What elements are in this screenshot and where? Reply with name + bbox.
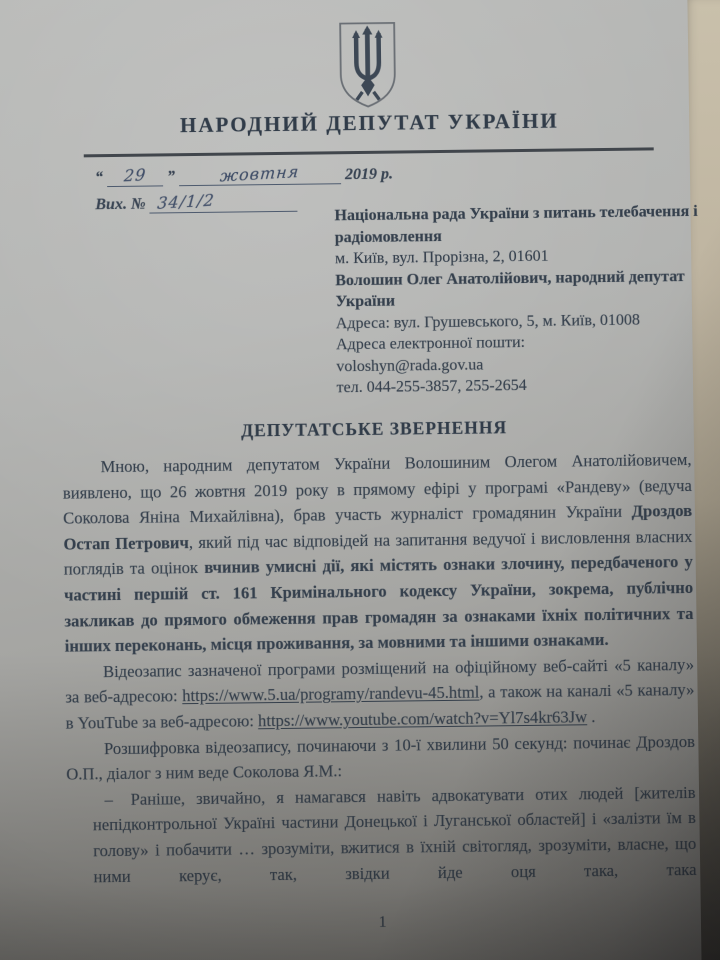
paragraph-statement: Мною, народним депутатом України Волошин… — [62, 447, 693, 659]
reference-block: “ 29 ” жовтня 2019 р. Вих. № 34/1/2 — [95, 163, 376, 220]
paragraph-transcript-intro: Розшифровка відеозапису, починаючи з 10-… — [66, 728, 696, 787]
link-5ua-video[interactable]: https://www.5.ua/programy/randevu-45.htm… — [182, 683, 479, 706]
quote-dash: – — [66, 787, 113, 813]
coat-of-arms-icon — [326, 19, 409, 115]
handwritten-month: жовтня — [220, 162, 301, 186]
transcript-quote-item: –Раніше, звичайно, я намагався навіть ад… — [66, 780, 696, 890]
paragraph-video-sources: Відеозапис зазначеної програми розміщени… — [65, 652, 695, 736]
close-quote-mark: ” — [167, 168, 175, 185]
paragraph-run: . — [587, 707, 596, 726]
document-photo: НАРОДНИЙ ДЕПУТАТ УКРАЇНИ “ 29 ” жовтня 2… — [0, 0, 720, 960]
subject-heading: ДЕПУТАТСЬКЕ ЗВЕРНЕННЯ — [60, 415, 688, 444]
outgoing-number-label: Вих. № — [95, 196, 145, 214]
phone-numbers: тел. 044-255-3857, 255-2654 — [336, 373, 702, 399]
date-line: “ 29 ” жовтня 2019 р. — [95, 163, 375, 193]
paragraph-run: Мною, народним депутатом України Волошин… — [63, 450, 692, 528]
page-number: 1 — [68, 910, 697, 936]
handwritten-outgoing-number: 34/1/2 — [157, 190, 216, 212]
letterhead-title: НАРОДНИЙ ДЕПУТАТ УКРАЇНИ — [44, 107, 694, 140]
handwritten-day: 29 — [123, 165, 147, 185]
addressee-org-name: Національна рада України з питань телеба… — [334, 201, 700, 248]
letter-body: Мною, народним депутатом України Волошин… — [62, 447, 696, 890]
outgoing-number-blank: 34/1/2 — [149, 191, 297, 214]
letter-page: НАРОДНИЙ ДЕПУТАТ УКРАЇНИ “ 29 ” жовтня 2… — [0, 0, 720, 960]
quote-text: Раніше, звичайно, я намагався навіть адв… — [93, 783, 697, 886]
addressee-block: Національна рада України з питань телеба… — [334, 201, 702, 399]
month-blank: жовтня — [179, 163, 341, 186]
letterhead-divider — [84, 147, 654, 156]
year-label: 2019 р. — [345, 166, 393, 184]
day-blank: 29 — [107, 165, 163, 187]
link-youtube-video[interactable]: https://www.youtube.com/watch?v=Yl7s4kr6… — [258, 707, 587, 730]
addressee-deputy-name: Волошин Олег Анатолійович, народний депу… — [335, 265, 701, 312]
open-quote-mark: “ — [95, 169, 103, 186]
